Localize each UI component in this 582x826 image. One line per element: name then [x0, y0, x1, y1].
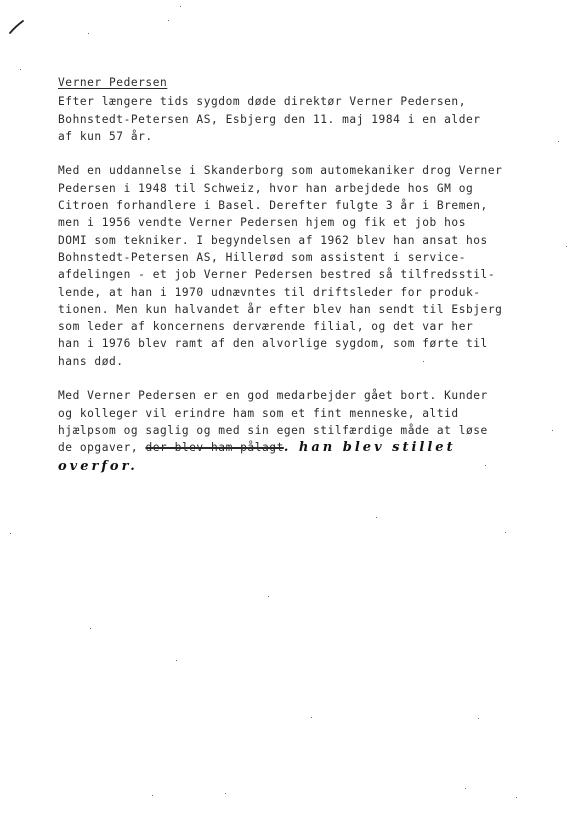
text-line: DOMI som tekniker. I begyndelsen af 1962…	[58, 232, 528, 249]
text-line: Citroen forhandlere i Basel. Derefter fu…	[58, 197, 528, 214]
paragraph-1: Efter længere tids sygdom døde direktør …	[58, 93, 528, 145]
text-line: hjælpsom og saglig og med sin egen stilf…	[58, 422, 528, 439]
scan-speck	[423, 361, 424, 362]
scan-speck	[485, 465, 486, 466]
handwritten-insert-continuation: overfor.	[58, 458, 528, 478]
scan-speck	[376, 517, 377, 518]
text-line: Pedersen i 1948 til Schweiz, hvor han ar…	[58, 180, 528, 197]
scan-speck	[558, 141, 559, 142]
obituary-text: Verner Pedersen Efter længere tids sygdo…	[58, 74, 528, 478]
text-line-with-correction: de opgaver, der blev ham pålagt. han ble…	[58, 439, 528, 456]
scan-speck	[311, 717, 312, 718]
scan-speck	[478, 718, 479, 719]
text-line: som leder af koncernens derværende filia…	[58, 318, 528, 335]
scan-speck	[152, 795, 153, 796]
paragraph-2: Med en uddannelse i Skanderborg som auto…	[58, 162, 528, 370]
scan-speck	[268, 596, 269, 597]
pen-mark-icon	[8, 18, 26, 36]
paragraph-3: Med Verner Pedersen er en god medarbejde…	[58, 387, 528, 477]
scan-speck	[168, 20, 169, 21]
scan-speck	[88, 33, 89, 34]
line-prefix: de opgaver,	[58, 441, 145, 454]
text-line: Bohnstedt-Petersen AS, Esbjerg den 11. m…	[58, 111, 528, 128]
scan-speck	[465, 788, 466, 789]
text-line: lende, at han i 1970 udnævntes til drift…	[58, 284, 528, 301]
scan-speck	[180, 6, 181, 7]
scan-speck	[516, 797, 517, 798]
text-line: hans død.	[58, 353, 528, 370]
text-line: afdelingen - et job Verner Pedersen best…	[58, 266, 528, 283]
scan-speck	[566, 246, 567, 247]
text-line: Med en uddannelse i Skanderborg som auto…	[58, 162, 528, 179]
scan-speck	[225, 793, 226, 794]
text-line: og kolleger vil erindre ham som et fint …	[58, 405, 528, 422]
scan-speck	[10, 533, 11, 534]
scan-speck	[552, 430, 553, 431]
text-line: Med Verner Pedersen er en god medarbejde…	[58, 387, 528, 404]
scan-speck	[20, 69, 21, 70]
scan-speck	[505, 532, 506, 533]
text-line: Bohnstedt-Petersen AS, Hillerød som assi…	[58, 249, 528, 266]
text-line: af kun 57 år.	[58, 128, 528, 145]
scan-speck	[176, 660, 177, 661]
struck-through-text: der blev ham pålagt	[145, 441, 283, 454]
text-line: tionen. Men kun halvandet år efter blev …	[58, 301, 528, 318]
text-line: Efter længere tids sygdom døde direktør …	[58, 93, 528, 110]
document-title: Verner Pedersen	[58, 74, 167, 91]
handwritten-insert: . han blev stillet	[284, 440, 456, 455]
text-line: men i 1956 vendte Verner Pedersen hjem o…	[58, 214, 528, 231]
scan-speck	[90, 628, 91, 629]
scanned-document-page: Verner Pedersen Efter længere tids sygdo…	[0, 0, 582, 826]
text-line: han i 1976 blev ramt af den alvorlige sy…	[58, 335, 528, 352]
